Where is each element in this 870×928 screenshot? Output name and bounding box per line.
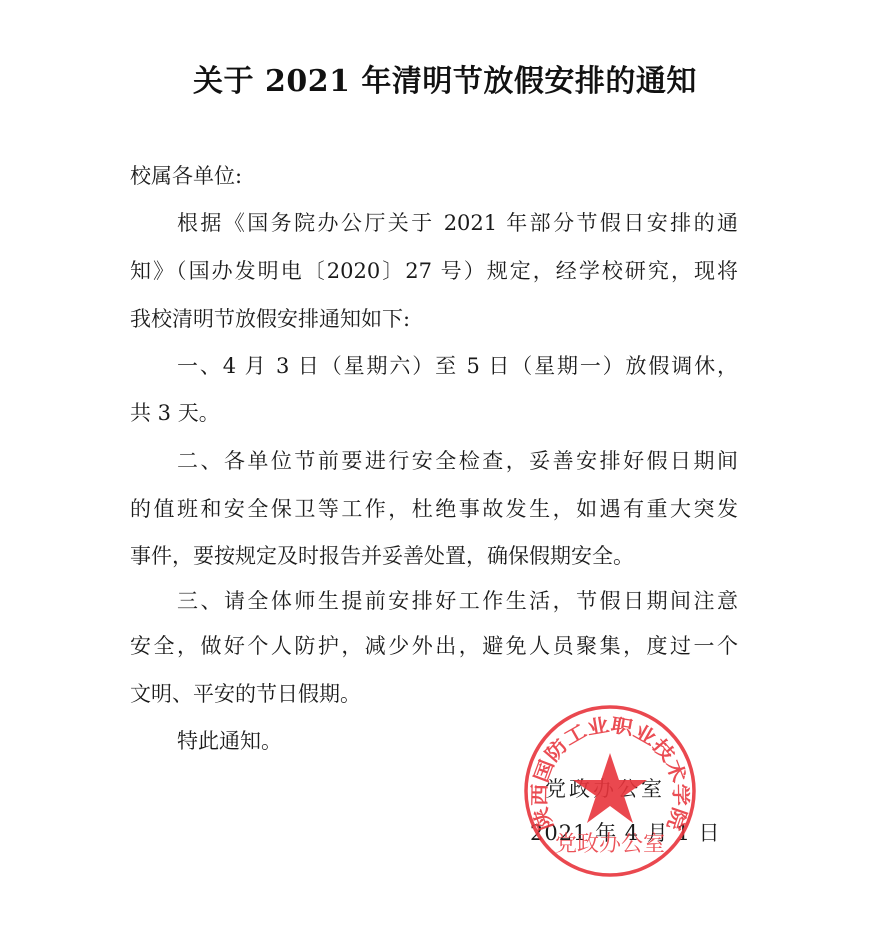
item2-line-2: 的值班和安全保卫等工作，杜绝事故发生，如遇有重大突发 (130, 493, 738, 523)
salutation: 校属各单位: (130, 160, 242, 190)
closing-line: 特此通知。 (177, 725, 282, 755)
item3-line-3: 文明、平安的节日假期。 (130, 678, 361, 708)
item3-line-1: 三、请全体师生提前安排好工作生活，节假日期间注意 (177, 585, 738, 615)
document-title: 关于 2021 年清明节放假安排的通知 (0, 56, 870, 100)
item2-line-3: 事件，要按规定及时报告并妥善处置，确保假期安全。 (130, 540, 634, 570)
star-icon (573, 753, 647, 823)
item1-line-2: 共 3 天。 (130, 397, 220, 427)
paragraph-intro-line-3: 我校清明节放假安排通知如下: (130, 303, 410, 333)
paragraph-intro-line-1: 根据《国务院办公厅关于 2021 年部分节假日安排的通 (177, 207, 738, 237)
official-seal-stamp: 陕西国防工业职业技术学院 党政办公室 (522, 703, 698, 879)
seal-inner-text: 党政办公室 (555, 832, 665, 857)
item2-line-1: 二、各单位节前要进行安全检查，妥善安排好假日期间 (177, 445, 738, 475)
paragraph-intro-line-2: 知》（国办发明电〔2020〕27 号）规定，经学校研究，现将 (130, 255, 738, 285)
item3-line-2: 安全，做好个人防护，减少外出，避免人员聚集，度过一个 (130, 630, 738, 660)
item1-line-1: 一、4 月 3 日（星期六）至 5 日（星期一）放假调休， (177, 350, 738, 380)
